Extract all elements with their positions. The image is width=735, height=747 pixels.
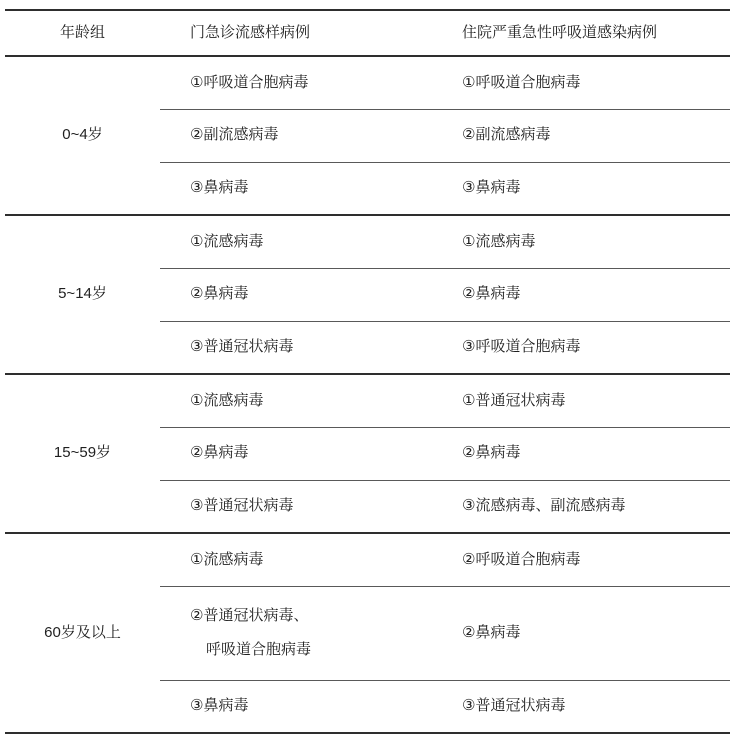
age-pathogen-table: 年龄组 门急诊流感样病例 住院严重急性呼吸道感染病例 0~4岁 ①呼吸道合胞病毒… [5,9,730,734]
outpatient-rank-2-line-1: ②普通冠状病毒、 [190,606,432,626]
inpatient-rank-3-cell: ③呼吸道合胞病毒 [432,321,730,374]
table-row: 0~4岁 ①呼吸道合胞病毒 ①呼吸道合胞病毒 [5,56,730,109]
outpatient-rank-1-cell: ①呼吸道合胞病毒 [160,56,432,109]
inpatient-rank-1-cell: ①普通冠状病毒 [432,374,730,427]
age-group-cell: 60岁及以上 [5,533,160,733]
inpatient-rank-1-cell: ①呼吸道合胞病毒 [432,56,730,109]
header-hospitalized-sari: 住院严重急性呼吸道感染病例 [432,10,730,56]
table-row: 15~59岁 ①流感病毒 ①普通冠状病毒 [5,374,730,427]
outpatient-rank-3-cell: ③普通冠状病毒 [160,321,432,374]
inpatient-rank-2-cell: ②鼻病毒 [432,586,730,680]
pathogen-surveillance-table-page: 年龄组 门急诊流感样病例 住院严重急性呼吸道感染病例 0~4岁 ①呼吸道合胞病毒… [0,0,735,747]
header-outpatient-ili: 门急诊流感样病例 [160,10,432,56]
inpatient-rank-3-cell: ③普通冠状病毒 [432,680,730,733]
outpatient-rank-1-cell: ①流感病毒 [160,215,432,268]
age-group-cell: 15~59岁 [5,374,160,533]
header-age-group: 年龄组 [5,10,160,56]
outpatient-rank-2-cell: ②鼻病毒 [160,268,432,321]
inpatient-rank-3-cell: ③鼻病毒 [432,162,730,215]
outpatient-rank-2-cell: ②鼻病毒 [160,427,432,480]
table-row: 5~14岁 ①流感病毒 ①流感病毒 [5,215,730,268]
outpatient-rank-3-cell: ③鼻病毒 [160,680,432,733]
outpatient-rank-1-cell: ①流感病毒 [160,533,432,586]
outpatient-rank-2-cell: ②副流感病毒 [160,109,432,162]
table-row: 60岁及以上 ①流感病毒 ②呼吸道合胞病毒 [5,533,730,586]
outpatient-rank-1-cell: ①流感病毒 [160,374,432,427]
section-age-15-59: 15~59岁 ①流感病毒 ①普通冠状病毒 ②鼻病毒 ②鼻病毒 ③普通冠状病毒 ③… [5,374,730,533]
section-age-60-plus: 60岁及以上 ①流感病毒 ②呼吸道合胞病毒 ②普通冠状病毒、 呼吸道合胞病毒 ②… [5,533,730,733]
header-row: 年龄组 门急诊流感样病例 住院严重急性呼吸道感染病例 [5,10,730,56]
inpatient-rank-1-cell: ②呼吸道合胞病毒 [432,533,730,586]
age-group-cell: 0~4岁 [5,56,160,215]
outpatient-rank-2-line-2: 呼吸道合胞病毒 [190,640,432,660]
age-group-cell: 5~14岁 [5,215,160,374]
section-age-5-14: 5~14岁 ①流感病毒 ①流感病毒 ②鼻病毒 ②鼻病毒 ③普通冠状病毒 ③呼吸道… [5,215,730,374]
inpatient-rank-2-cell: ②鼻病毒 [432,427,730,480]
inpatient-rank-2-cell: ②鼻病毒 [432,268,730,321]
outpatient-rank-3-cell: ③普通冠状病毒 [160,480,432,533]
section-age-0-4: 0~4岁 ①呼吸道合胞病毒 ①呼吸道合胞病毒 ②副流感病毒 ②副流感病毒 ③鼻病… [5,56,730,215]
inpatient-rank-2-cell: ②副流感病毒 [432,109,730,162]
outpatient-rank-3-cell: ③鼻病毒 [160,162,432,215]
inpatient-rank-3-cell: ③流感病毒、副流感病毒 [432,480,730,533]
outpatient-rank-2-cell: ②普通冠状病毒、 呼吸道合胞病毒 [160,586,432,680]
inpatient-rank-1-cell: ①流感病毒 [432,215,730,268]
